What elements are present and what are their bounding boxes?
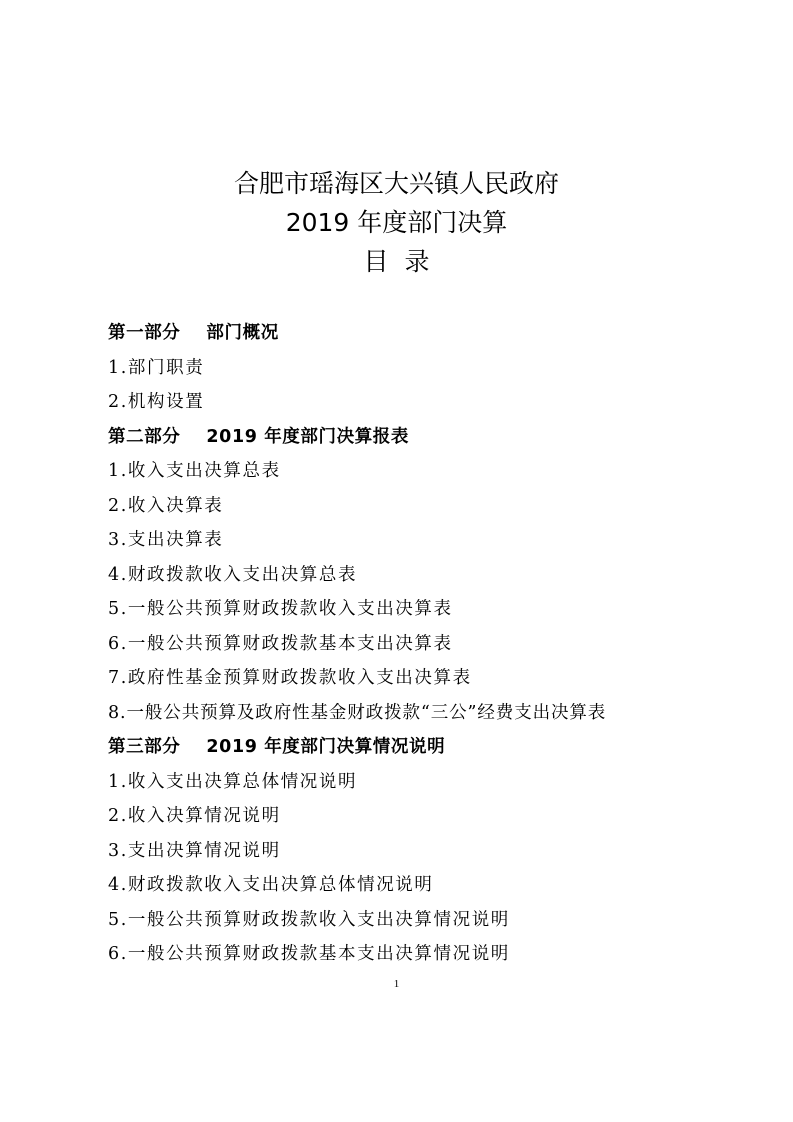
toc-item: 5.一般公共预算财政拨款收入支出决算表 xyxy=(108,592,748,627)
title-report-name: 2019 年度部门决算 xyxy=(0,203,793,242)
toc-item: 3.支出决算情况说明 xyxy=(108,834,748,869)
section-number: 第三部分 xyxy=(108,737,180,757)
toc-item: 1.收入支出决算总表 xyxy=(108,454,748,489)
toc-section-2: 第二部分2019 年度部门决算报表 xyxy=(108,420,748,455)
toc-item: 4.财政拨款收入支出决算总表 xyxy=(108,558,748,593)
section-number: 第二部分 xyxy=(108,427,180,447)
table-of-contents: 第一部分部门概况 1.部门职责 2.机构设置 第二部分2019 年度部门决算报表… xyxy=(108,316,748,972)
toc-section-3: 第三部分2019 年度部门决算情况说明 xyxy=(108,730,748,765)
toc-item: 2.收入决算情况说明 xyxy=(108,799,748,834)
page-number: 1 xyxy=(0,978,793,990)
toc-item: 1.收入支出决算总体情况说明 xyxy=(108,765,748,800)
toc-item: 8.一般公共预算及政府性基金财政拨款“三公”经费支出决算表 xyxy=(108,696,748,731)
title-organization: 合肥市瑶海区大兴镇人民政府 xyxy=(0,164,793,203)
section-title: 2019 年度部门决算报表 xyxy=(206,427,409,447)
toc-item: 7.政府性基金预算财政拨款收入支出决算表 xyxy=(108,661,748,696)
toc-item: 3.支出决算表 xyxy=(108,523,748,558)
toc-item: 1.部门职责 xyxy=(108,351,748,386)
section-title: 2019 年度部门决算情况说明 xyxy=(206,737,445,757)
document-title: 合肥市瑶海区大兴镇人民政府 2019 年度部门决算 目 录 xyxy=(0,164,793,281)
toc-item: 2.机构设置 xyxy=(108,385,748,420)
toc-item: 2.收入决算表 xyxy=(108,489,748,524)
toc-item: 6.一般公共预算财政拨款基本支出决算表 xyxy=(108,627,748,662)
toc-item: 4.财政拨款收入支出决算总体情况说明 xyxy=(108,868,748,903)
toc-section-1: 第一部分部门概况 xyxy=(108,316,748,351)
section-number: 第一部分 xyxy=(108,323,180,343)
toc-item: 6.一般公共预算财政拨款基本支出决算情况说明 xyxy=(108,937,748,972)
title-contents: 目 录 xyxy=(0,242,793,281)
toc-item: 5.一般公共预算财政拨款收入支出决算情况说明 xyxy=(108,903,748,938)
section-title: 部门概况 xyxy=(206,323,278,343)
